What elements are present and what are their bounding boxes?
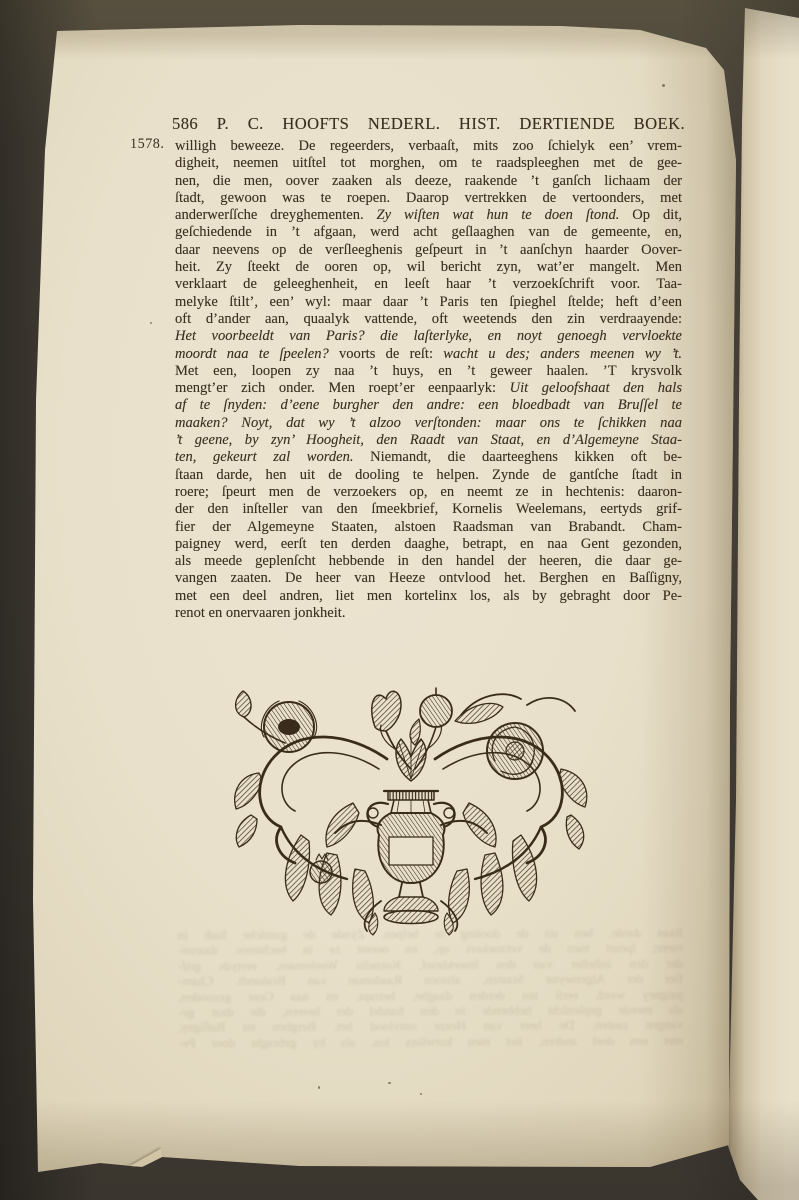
marginal-year-note: 1578. [130,136,174,153]
tailpiece-ornament [229,685,593,937]
running-header: 586 P. C. HOOFTS NEDERL. HIST. DERTIENDE… [172,114,685,134]
book-page: 586 P. C. HOOFTS NEDERL. HIST. DERTIENDE… [0,0,799,1200]
show-through-text: ſtaan darde, hen uit de dooling te helpe… [178,925,684,1051]
ink-speck [662,84,665,87]
ink-speck [388,1082,391,1084]
body-text: willigh beweeze. De regeerders, verbaaſt… [175,138,682,622]
ink-speck [150,322,152,324]
ink-speck [420,1093,422,1095]
ink-speck [318,1086,320,1089]
